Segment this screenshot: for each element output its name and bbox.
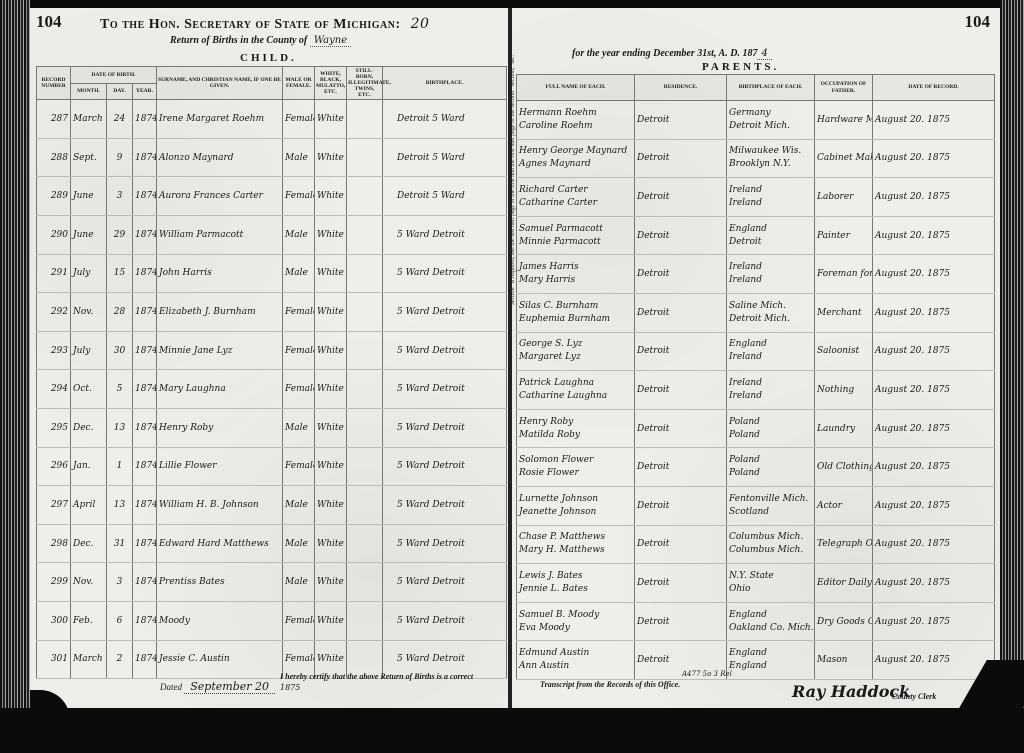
table-row: 290June291874William ParmacottMaleWhite5… — [37, 216, 507, 255]
table-row: James HarrisMary HarrisDetroitIrelandIre… — [517, 255, 995, 294]
father-occupation: Dry Goods Clerk — [815, 602, 873, 641]
father-name: Henry Roby — [519, 416, 632, 429]
child-status — [347, 370, 383, 409]
father-name: James Harris — [519, 261, 632, 274]
date-value: August 20. 1875 — [875, 115, 950, 125]
table-row: Hermann RoehmCaroline RoehmDetroitGerman… — [517, 101, 995, 140]
parent-names: Edmund AustinAnn Austin — [517, 641, 635, 680]
birth-day: 1 — [107, 447, 133, 486]
table-row: 295Dec.131874Henry RobyMaleWhite5 Ward D… — [37, 408, 507, 447]
father-name: Silas C. Burnham — [519, 300, 632, 313]
child-race: White — [315, 216, 347, 255]
parent-names: James HarrisMary Harris — [517, 255, 635, 294]
child-name: Jessie C. Austin — [157, 640, 283, 679]
date-value: August 20. 1875 — [875, 462, 950, 472]
col-full-name: Full Name of Each. — [517, 75, 635, 101]
col-date-of-birth: Date of Birth. — [71, 67, 157, 84]
table-row: Patrick LaughnaCatharine LaughnaDetroitI… — [517, 371, 995, 410]
birth-day: 13 — [107, 486, 133, 525]
occupation-value: Laundry — [817, 424, 855, 434]
birth-day: 6 — [107, 601, 133, 640]
father-birthplace: Germany — [729, 107, 812, 120]
record-number: 288 — [37, 138, 71, 177]
parent-birthplaces: N.Y. StateOhio — [727, 564, 815, 603]
certify-text: I hereby certify that the above Return o… — [280, 672, 473, 681]
child-sex: Female — [283, 370, 315, 409]
table-row: 292Nov.281874Elizabeth J. BurnhamFemaleW… — [37, 293, 507, 332]
year-label: for the year ending December 31st, A. D.… — [572, 48, 757, 59]
father-name: Henry George Maynard — [519, 145, 632, 158]
transcript-text: Transcript from the Records of this Offi… — [540, 680, 680, 689]
record-number: 292 — [37, 293, 71, 332]
child-sex: Female — [283, 293, 315, 332]
child-birthplace: 5 Ward Detroit — [383, 524, 507, 563]
date-of-record: August 20. 1875 — [873, 255, 995, 294]
residence: Detroit — [635, 332, 727, 371]
parent-birthplaces: Columbus Mich.Columbus Mich. — [727, 525, 815, 564]
child-sex: Male — [283, 486, 315, 525]
record-number: 287 — [37, 100, 71, 139]
right-page: 104 for the year ending December 31st, A… — [512, 8, 1000, 708]
date-of-record: August 20. 1875 — [873, 293, 995, 332]
mother-name: Catharine Carter — [519, 197, 632, 210]
child-birthplace: 5 Ward Detroit — [383, 216, 507, 255]
residence: Detroit — [635, 255, 727, 294]
father-birthplace: England — [729, 647, 812, 660]
date-of-record: August 20. 1875 — [873, 448, 995, 487]
residence: Detroit — [635, 564, 727, 603]
date-value: August 20. 1875 — [875, 153, 950, 163]
occupation-value: Cabinet Maker — [817, 153, 873, 163]
birth-day: 5 — [107, 370, 133, 409]
date-of-record: August 20. 1875 — [873, 641, 995, 680]
birth-month: Dec. — [71, 408, 107, 447]
table-row: 296Jan.11874Lillie FlowerFemaleWhite5 Wa… — [37, 447, 507, 486]
residence: Detroit — [635, 178, 727, 217]
col-status: Still-born, Illegitimate, Twins, Etc. — [347, 67, 383, 100]
child-sex: Female — [283, 601, 315, 640]
father-occupation: Old Clothing Shop — [815, 448, 873, 487]
birth-year: 1874 — [133, 293, 157, 332]
parent-names: Samuel B. MoodyEva Moody — [517, 602, 635, 641]
father-birthplace: Saline Mich. — [729, 300, 812, 313]
mother-name: Eva Moody — [519, 622, 632, 635]
date-of-record: August 20. 1875 — [873, 525, 995, 564]
child-status — [347, 100, 383, 139]
birth-month: Oct. — [71, 370, 107, 409]
record-number: 295 — [37, 408, 71, 447]
date-of-record: August 20. 1875 — [873, 139, 995, 178]
birth-year: 1874 — [133, 100, 157, 139]
col-residence: Residence. — [635, 75, 727, 101]
birth-month: June — [71, 216, 107, 255]
parent-birthplaces: EnglandIreland — [727, 332, 815, 371]
birth-year: 1874 — [133, 138, 157, 177]
residence: Detroit — [635, 139, 727, 178]
child-birthplace: 5 Ward Detroit — [383, 370, 507, 409]
child-name: Elizabeth J. Burnham — [157, 293, 283, 332]
mother-birthplace: Detroit Mich. — [729, 313, 812, 326]
mother-birthplace: Poland — [729, 429, 812, 442]
birth-year: 1874 — [133, 216, 157, 255]
child-status — [347, 601, 383, 640]
child-birthplace: 5 Ward Detroit — [383, 601, 507, 640]
child-birthplace: 5 Ward Detroit — [383, 254, 507, 293]
occupation-value: Laborer — [817, 192, 853, 202]
child-status — [347, 563, 383, 602]
birth-month: Nov. — [71, 293, 107, 332]
record-number: 300 — [37, 601, 71, 640]
mother-name: Caroline Roehm — [519, 120, 632, 133]
parent-names: Samuel ParmacottMinnie Parmacott — [517, 216, 635, 255]
residence-value: Detroit — [637, 269, 669, 279]
child-status — [347, 524, 383, 563]
occupation-value: Nothing — [817, 385, 854, 395]
parent-birthplaces: EnglandDetroit — [727, 216, 815, 255]
child-status — [347, 447, 383, 486]
mother-name: Euphemia Burnham — [519, 313, 632, 326]
clerk-label: County Clerk — [892, 692, 936, 701]
residence-value: Detroit — [637, 308, 669, 318]
child-birthplace: 5 Ward Detroit — [383, 331, 507, 370]
child-birthplace: 5 Ward Detroit — [383, 486, 507, 525]
date-value: August 20. 1875 — [875, 346, 950, 356]
father-occupation: Nothing — [815, 371, 873, 410]
table-row: Henry RobyMatilda RobyDetroitPolandPolan… — [517, 409, 995, 448]
child-sex: Male — [283, 563, 315, 602]
mother-birthplace: Detroit — [729, 236, 812, 249]
child-race: White — [315, 486, 347, 525]
page-number-right: 104 — [965, 12, 991, 32]
dated-label: Dated — [160, 682, 182, 692]
child-status — [347, 177, 383, 216]
record-number: 291 — [37, 254, 71, 293]
page-number-left: 104 — [36, 12, 62, 32]
county-line: Return of Births in the County of Wayne — [170, 35, 351, 46]
child-birthplace: 5 Ward Detroit — [383, 563, 507, 602]
col-race: White, Black, Mulatto, Etc. — [315, 67, 347, 100]
record-number: 294 — [37, 370, 71, 409]
dated-value: September 20 — [184, 680, 275, 694]
occupation-value: Painter — [817, 231, 850, 241]
residence-value: Detroit — [637, 115, 669, 125]
county-value: Wayne — [310, 35, 351, 47]
mother-name: Rosie Flower — [519, 467, 632, 480]
father-birthplace: Milwaukee Wis. — [729, 145, 812, 158]
table-row: Samuel ParmacottMinnie ParmacottDetroitE… — [517, 216, 995, 255]
birth-day: 31 — [107, 524, 133, 563]
occupation-value: Saloonist — [817, 346, 859, 356]
child-name: William H. B. Johnson — [157, 486, 283, 525]
parent-names: George S. LyzMargaret Lyz — [517, 332, 635, 371]
mother-birthplace: Columbus Mich. — [729, 544, 812, 557]
table-row: Edmund AustinAnn AustinDetroitEnglandEng… — [517, 641, 995, 680]
father-occupation: Laundry — [815, 409, 873, 448]
col-month: Month. — [71, 83, 107, 100]
father-occupation: Editor Daily Post — [815, 564, 873, 603]
table-row: Lewis J. BatesJennie L. BatesDetroitN.Y.… — [517, 564, 995, 603]
date-value: August 20. 1875 — [875, 269, 950, 279]
birth-day: 13 — [107, 408, 133, 447]
child-name: Prentiss Bates — [157, 563, 283, 602]
residence: Detroit — [635, 448, 727, 487]
col-occupation: Occupation of Father. — [815, 75, 873, 101]
birth-year: 1874 — [133, 408, 157, 447]
child-sex: Male — [283, 216, 315, 255]
date-value: August 20. 1875 — [875, 385, 950, 395]
birth-month: March — [71, 100, 107, 139]
certification: I hereby certify that the above Return o… — [280, 672, 510, 692]
table-row: 287March241874Irene Margaret RoehmFemale… — [37, 100, 507, 139]
residence: Detroit — [635, 602, 727, 641]
parent-birthplaces: Milwaukee Wis.Brooklyn N.Y. — [727, 139, 815, 178]
col-day: Day. — [107, 83, 133, 100]
date-of-record: August 20. 1875 — [873, 564, 995, 603]
child-sex: Female — [283, 177, 315, 216]
parent-birthplaces: PolandPoland — [727, 409, 815, 448]
date-value: August 20. 1875 — [875, 308, 950, 318]
birth-month: Feb. — [71, 601, 107, 640]
date-value: August 20. 1875 — [875, 231, 950, 241]
birth-day: 2 — [107, 640, 133, 679]
date-value: August 20. 1875 — [875, 617, 950, 627]
child-sex: Male — [283, 138, 315, 177]
child-name: Lillie Flower — [157, 447, 283, 486]
parent-birthplaces: IrelandIreland — [727, 255, 815, 294]
father-occupation: Hardware Merchant — [815, 101, 873, 140]
child-race: White — [315, 370, 347, 409]
date-of-record: August 20. 1875 — [873, 178, 995, 217]
residence-value: Detroit — [637, 655, 669, 665]
table-row: 293July301874Minnie Jane LyzFemaleWhite5… — [37, 331, 507, 370]
parent-names: Silas C. BurnhamEuphemia Burnham — [517, 293, 635, 332]
child-birthplace: 5 Ward Detroit — [383, 408, 507, 447]
mother-name: Matilda Roby — [519, 429, 632, 442]
mother-birthplace: Ireland — [729, 351, 812, 364]
birth-year: 1874 — [133, 177, 157, 216]
child-race: White — [315, 524, 347, 563]
child-race: White — [315, 177, 347, 216]
child-sex: Male — [283, 408, 315, 447]
father-birthplace: Poland — [729, 454, 812, 467]
mother-birthplace: Oakland Co. Mich. — [729, 622, 812, 635]
father-occupation: Laborer — [815, 178, 873, 217]
birth-day: 15 — [107, 254, 133, 293]
residence-value: Detroit — [637, 539, 669, 549]
book-binding-right — [1000, 0, 1024, 753]
father-name: Richard Carter — [519, 184, 632, 197]
child-status — [347, 254, 383, 293]
residence-value: Detroit — [637, 231, 669, 241]
year-line: for the year ending December 31st, A. D.… — [572, 48, 772, 59]
father-birthplace: N.Y. State — [729, 570, 812, 583]
birth-month: Nov. — [71, 563, 107, 602]
record-number: 296 — [37, 447, 71, 486]
mother-name: Jeanette Johnson — [519, 506, 632, 519]
child-birthplace: Detroit 5 Ward — [383, 100, 507, 139]
mother-birthplace: England — [729, 660, 812, 673]
birth-year: 1874 — [133, 370, 157, 409]
birth-day: 3 — [107, 177, 133, 216]
occupation-value: Editor Daily Post — [817, 578, 873, 588]
child-sex: Male — [283, 254, 315, 293]
birth-month: March — [71, 640, 107, 679]
birth-month: April — [71, 486, 107, 525]
child-race: White — [315, 408, 347, 447]
date-value: August 20. 1875 — [875, 192, 950, 202]
residence-value: Detroit — [637, 424, 669, 434]
father-name: Lurnette Johnson — [519, 493, 632, 506]
parent-birthplaces: EnglandOakland Co. Mich. — [727, 602, 815, 641]
child-race: White — [315, 293, 347, 332]
table-row: Henry George MaynardAgnes MaynardDetroit… — [517, 139, 995, 178]
mother-birthplace: Ireland — [729, 197, 812, 210]
residence-value: Detroit — [637, 192, 669, 202]
father-name: Lewis J. Bates — [519, 570, 632, 583]
father-name: Samuel B. Moody — [519, 609, 632, 622]
parent-birthplaces: PolandPoland — [727, 448, 815, 487]
mother-birthplace: Ireland — [729, 390, 812, 403]
birth-day: 24 — [107, 100, 133, 139]
col-parent-birthplace: Birthplace of Each. — [727, 75, 815, 101]
occupation-value: Hardware Merchant — [817, 115, 873, 125]
child-name: William Parmacott — [157, 216, 283, 255]
date-of-record: August 20. 1875 — [873, 486, 995, 525]
date-of-record: August 20. 1875 — [873, 332, 995, 371]
table-row: 288Sept.91874Alonzo MaynardMaleWhiteDetr… — [37, 138, 507, 177]
parent-names: Lurnette JohnsonJeanette Johnson — [517, 486, 635, 525]
col-record-number: Record Number — [37, 67, 71, 100]
table-row: Chase P. MatthewsMary H. MatthewsDetroit… — [517, 525, 995, 564]
father-name: Solomon Flower — [519, 454, 632, 467]
birth-year: 1874 — [133, 563, 157, 602]
child-name: Henry Roby — [157, 408, 283, 447]
father-birthplace: Ireland — [729, 184, 812, 197]
residence-value: Detroit — [637, 617, 669, 627]
residence-value: Detroit — [637, 462, 669, 472]
table-row: Lurnette JohnsonJeanette JohnsonDetroitF… — [517, 486, 995, 525]
father-name: Hermann Roehm — [519, 107, 632, 120]
child-table: Record Number Date of Birth. Surname, an… — [36, 66, 507, 679]
table-row: 289June31874Aurora Frances CarterFemaleW… — [37, 177, 507, 216]
mother-birthplace: Poland — [729, 467, 812, 480]
table-row: George S. LyzMargaret LyzDetroitEnglandI… — [517, 332, 995, 371]
date-of-record: August 20. 1875 — [873, 602, 995, 641]
mother-birthplace: Ohio — [729, 583, 812, 596]
record-number: 298 — [37, 524, 71, 563]
mother-name: Minnie Parmacott — [519, 236, 632, 249]
mother-birthplace: Detroit Mich. — [729, 120, 812, 133]
residence-value: Detroit — [637, 385, 669, 395]
child-name: Mary Laughna — [157, 370, 283, 409]
birth-year: 1874 — [133, 254, 157, 293]
father-birthplace: Ireland — [729, 377, 812, 390]
certify-year: 1875 — [280, 683, 510, 692]
residence: Detroit — [635, 293, 727, 332]
mother-birthplace: Scotland — [729, 506, 812, 519]
birth-month: June — [71, 177, 107, 216]
mother-birthplace: Brooklyn N.Y. — [729, 158, 812, 171]
date-of-record: August 20. 1875 — [873, 409, 995, 448]
title-text: To the Hon. Secretary of State of Michig… — [100, 17, 401, 32]
date-value: August 20. 1875 — [875, 539, 950, 549]
occupation-value: Telegraph Operator — [817, 539, 873, 549]
residence-value: Detroit — [637, 346, 669, 356]
child-name: Aurora Frances Carter — [157, 177, 283, 216]
background-bottom — [0, 708, 1024, 753]
birth-year: 1874 — [133, 331, 157, 370]
child-name: John Harris — [157, 254, 283, 293]
parent-names: Lewis J. BatesJennie L. Bates — [517, 564, 635, 603]
father-occupation: Mason — [815, 641, 873, 680]
birth-year: 1874 — [133, 524, 157, 563]
book-binding-left — [0, 0, 30, 753]
mother-name: Agnes Maynard — [519, 158, 632, 171]
section-title-child: CHILD. — [240, 52, 297, 64]
table-row: Samuel B. MoodyEva MoodyDetroitEnglandOa… — [517, 602, 995, 641]
occupation-value: Foreman for Stove — [817, 269, 873, 279]
father-name: George S. Lyz — [519, 338, 632, 351]
record-number: 293 — [37, 331, 71, 370]
child-race: White — [315, 447, 347, 486]
occupation-value: Old Clothing Shop — [817, 462, 873, 472]
father-birthplace: Columbus Mich. — [729, 531, 812, 544]
father-occupation: Cabinet Maker — [815, 139, 873, 178]
birth-month: Sept. — [71, 138, 107, 177]
mother-name: Catharine Laughna — [519, 390, 632, 403]
parent-birthplaces: Fentonville Mich.Scotland — [727, 486, 815, 525]
birth-month: Dec. — [71, 524, 107, 563]
table-row: 297April131874William H. B. JohnsonMaleW… — [37, 486, 507, 525]
county-label: Return of Births in the County of — [170, 35, 307, 46]
child-status — [347, 486, 383, 525]
child-status — [347, 293, 383, 332]
child-name: Alonzo Maynard — [157, 138, 283, 177]
residence-value: Detroit — [637, 153, 669, 163]
father-name: Chase P. Matthews — [519, 531, 632, 544]
child-sex: Male — [283, 524, 315, 563]
table-row: 299Nov.31874Prentiss BatesMaleWhite5 War… — [37, 563, 507, 602]
residence-value: Detroit — [637, 578, 669, 588]
child-status — [347, 408, 383, 447]
table-row: Solomon FlowerRosie FlowerDetroitPolandP… — [517, 448, 995, 487]
birth-month: July — [71, 254, 107, 293]
date-value: August 20. 1875 — [875, 578, 950, 588]
table-row: Silas C. BurnhamEuphemia BurnhamDetroitS… — [517, 293, 995, 332]
father-occupation: Merchant — [815, 293, 873, 332]
residence-value: Detroit — [637, 501, 669, 511]
birth-day: 9 — [107, 138, 133, 177]
father-name: Samuel Parmacott — [519, 223, 632, 236]
parent-names: Hermann RoehmCaroline Roehm — [517, 101, 635, 140]
father-occupation: Actor — [815, 486, 873, 525]
child-race: White — [315, 254, 347, 293]
parent-names: Henry RobyMatilda Roby — [517, 409, 635, 448]
child-sex: Female — [283, 100, 315, 139]
child-sex: Female — [283, 331, 315, 370]
date-value: August 20. 1875 — [875, 501, 950, 511]
mother-birthplace: Ireland — [729, 274, 812, 287]
parent-names: Chase P. MatthewsMary H. Matthews — [517, 525, 635, 564]
residence: Detroit — [635, 371, 727, 410]
mother-name: Jennie L. Bates — [519, 583, 632, 596]
dated-line: Dated September 20 — [160, 680, 275, 693]
child-name: Minnie Jane Lyz — [157, 331, 283, 370]
col-date-of-record: Date of Record. — [873, 75, 995, 101]
date-of-record: August 20. 1875 — [873, 101, 995, 140]
occupation-value: Actor — [817, 501, 842, 511]
residence: Detroit — [635, 101, 727, 140]
